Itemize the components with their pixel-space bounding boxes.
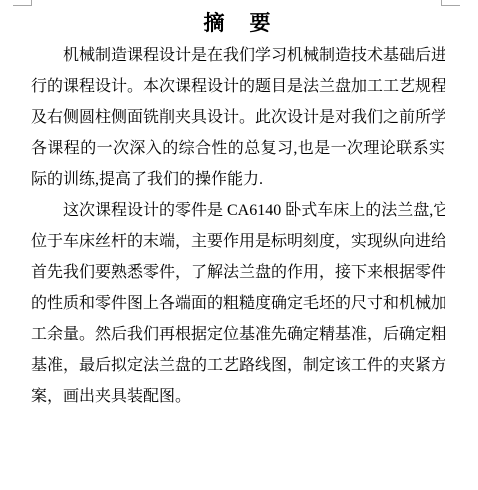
paragraph: 机械制造课程设计是在我们学习机械制造技术基础后进行的课程设计。本次课程设计的题目… <box>31 40 445 195</box>
text-line: 际的训练,提高了我们的操作能力. <box>31 164 445 195</box>
text-boundary-mark-top-left-icon <box>13 0 32 6</box>
text-line: 机械制造课程设计是在我们学习机械制造技术基础后进 <box>31 40 445 71</box>
paragraph: 这次课程设计的零件是 CA6140 卧式车床上的法兰盘,它位于车床丝杆的末端，主… <box>31 195 445 412</box>
document-content: 摘 要 机械制造课程设计是在我们学习机械制造技术基础后进行的课程设计。本次课程设… <box>31 8 445 412</box>
text-line: 的性质和零件图上各端面的粗糙度确定毛坯的尺寸和机械加 <box>31 288 445 319</box>
text-line: 各课程的一次深入的综合性的总复习,也是一次理论联系实 <box>31 133 445 164</box>
text-line: 基准，最后拟定法兰盘的工艺路线图，制定该工件的夹紧方 <box>31 350 445 381</box>
text-line: 行的课程设计。本次课程设计的题目是法兰盘加工工艺规程 <box>31 71 445 102</box>
page-title: 摘 要 <box>31 10 445 37</box>
text-line: 这次课程设计的零件是 CA6140 卧式车床上的法兰盘,它 <box>31 195 445 226</box>
text-line: 工余量。然后我们再根据定位基准先确定精基准，后确定粗 <box>31 319 445 350</box>
text-line: 首先我们要熟悉零件，了解法兰盘的作用，接下来根据零件 <box>31 257 445 288</box>
text-line: 及右侧圆柱侧面铣削夹具设计。此次设计是对我们之前所学 <box>31 102 445 133</box>
text-line: 案，画出夹具装配图。 <box>31 381 445 412</box>
document-page: 摘 要 机械制造课程设计是在我们学习机械制造技术基础后进行的课程设计。本次课程设… <box>0 0 478 490</box>
text-line: 位于车床丝杆的末端，主要作用是标明刻度，实现纵向进给。 <box>31 226 445 257</box>
text-boundary-mark-top-right-icon <box>441 0 460 6</box>
document-body: 机械制造课程设计是在我们学习机械制造技术基础后进行的课程设计。本次课程设计的题目… <box>31 40 445 412</box>
